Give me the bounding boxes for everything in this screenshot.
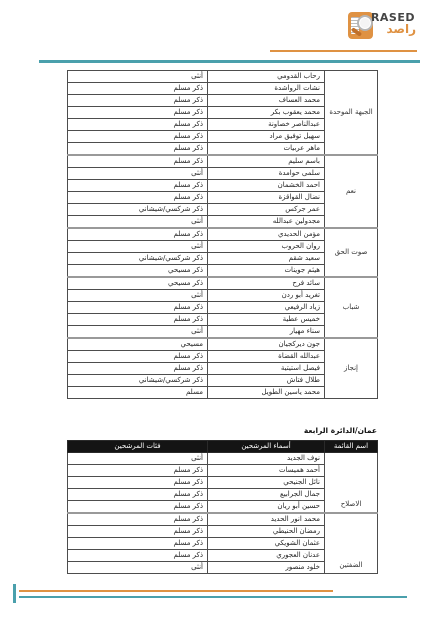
candidate-category-cell: ذكر مسلم xyxy=(68,155,208,168)
list-name-cell: نعم xyxy=(325,155,378,228)
header-teal-rule xyxy=(39,60,420,63)
header-list-name: اسم القائمة xyxy=(325,441,378,453)
candidate-category-cell: أنثى xyxy=(68,71,208,83)
list-name-cell: الجبهة الموحدة xyxy=(325,71,378,156)
candidate-name-cell: هيثم جوينات xyxy=(208,265,325,278)
candidate-category-cell: ذكر مسلم xyxy=(68,550,208,562)
candidate-name-cell: خميس عطية xyxy=(208,314,325,326)
candidate-name-cell: سائد فرح xyxy=(208,277,325,290)
candidate-name-cell: عدنان العجوري xyxy=(208,550,325,562)
candidate-category-cell: ذكر مسلم xyxy=(68,489,208,501)
candidate-category-cell: مسلم xyxy=(68,387,208,399)
list-name-cell: شباب xyxy=(325,277,378,338)
candidate-category-cell: ذكر مسلم xyxy=(68,180,208,192)
list-name-cell: الضفتين xyxy=(325,513,378,574)
candidate-category-cell: أنثى xyxy=(68,453,208,465)
candidate-row: الضفتينمحمد انور الحديدذكر مسلم xyxy=(68,513,378,526)
candidate-category-cell: ذكر مسلم xyxy=(68,95,208,107)
candidate-name-cell: زياد الرفيعي xyxy=(208,302,325,314)
candidate-name-cell: ماهر عربيات xyxy=(208,143,325,156)
candidate-row: الاصلاحنوف الجديدأنثى xyxy=(68,453,378,465)
list-name-cell: إنجاز xyxy=(325,338,378,399)
footer-teal-rule xyxy=(19,596,407,598)
candidate-name-cell: سناء مهيار xyxy=(208,326,325,339)
candidate-name-cell: محمد ياسين الطويل xyxy=(208,387,325,399)
candidate-name-cell: محمد انور الحديد xyxy=(208,513,325,526)
header-candidate-categories: فئات المرشحين xyxy=(68,441,208,453)
candidate-name-cell: سهيل توفيق مراد xyxy=(208,131,325,143)
rased-logo xyxy=(348,12,373,39)
candidate-category-cell: أنثى xyxy=(68,241,208,253)
candidate-name-cell: خلود منصور xyxy=(208,562,325,574)
candidate-category-cell: ذكر شركسي/شيشاني xyxy=(68,253,208,265)
candidate-category-cell: ذكر مسيحي xyxy=(68,277,208,290)
candidate-name-cell: عمر جركس xyxy=(208,204,325,216)
candidate-category-cell: ذكر مسلم xyxy=(68,119,208,131)
candidate-category-cell: ذكر مسلم xyxy=(68,228,208,241)
candidate-category-cell: ذكر مسلم xyxy=(68,83,208,95)
candidate-category-cell: أنثى xyxy=(68,216,208,229)
candidate-name-cell: عبدالله القضاة xyxy=(208,351,325,363)
candidate-name-cell: حسين أبو ريان xyxy=(208,501,325,514)
candidate-category-cell: ذكر مسلم xyxy=(68,143,208,156)
candidate-category-cell: ذكر شركسي/شيشاني xyxy=(68,204,208,216)
candidate-name-cell: أحمد هميسات xyxy=(208,465,325,477)
candidate-category-cell: ذكر شركسي/شيشاني xyxy=(68,375,208,387)
candidate-category-cell: ذكر مسلم xyxy=(68,538,208,550)
candidate-name-cell: نائل الجنيحي xyxy=(208,477,325,489)
candidate-name-cell: باسم سليم xyxy=(208,155,325,168)
candidate-category-cell: ذكر مسلم xyxy=(68,314,208,326)
candidate-category-cell: ذكر مسلم xyxy=(68,192,208,204)
candidate-category-cell: أنثى xyxy=(68,168,208,180)
candidate-category-cell: أنثى xyxy=(68,326,208,339)
candidate-row: إنجازجون ديركجيانمسيحي xyxy=(68,338,378,351)
candidate-name-cell: رمضان الحنيطي xyxy=(208,526,325,538)
candidate-category-cell: أنثى xyxy=(68,562,208,574)
candidate-name-cell: روان الحروب xyxy=(208,241,325,253)
candidate-name-cell: جمال الجرابيع xyxy=(208,489,325,501)
candidates-table-1: الجبهة الموحدةرحاب القدوميأنثىنشات الروا… xyxy=(67,70,378,399)
candidate-name-cell: سلمى حوامدة xyxy=(208,168,325,180)
footer-orange-rule xyxy=(19,590,333,592)
candidate-category-cell: ذكر مسلم xyxy=(68,465,208,477)
candidate-category-cell: ذكر مسلم xyxy=(68,513,208,526)
candidate-category-cell: ذكر مسلم xyxy=(68,131,208,143)
candidate-row: شبابسائد فرحذكر مسيحي xyxy=(68,277,378,290)
candidate-name-cell: محمد العساف xyxy=(208,95,325,107)
header-candidate-names: أسماء المرشحين xyxy=(208,441,325,453)
candidate-category-cell: ذكر مسيحي xyxy=(68,265,208,278)
candidate-name-cell: عثمان الشويكي xyxy=(208,538,325,550)
candidate-category-cell: ذكر مسلم xyxy=(68,501,208,514)
candidate-category-cell: ذكر مسلم xyxy=(68,526,208,538)
candidate-category-cell: ذكر مسلم xyxy=(68,363,208,375)
candidate-category-cell: ذكر مسلم xyxy=(68,302,208,314)
candidate-category-cell: أنثى xyxy=(68,290,208,302)
candidate-name-cell: احمد الخشمان xyxy=(208,180,325,192)
candidate-name-cell: محمد يعقوب بكر xyxy=(208,107,325,119)
candidate-name-cell: جون ديركجيان xyxy=(208,338,325,351)
candidate-name-cell: مؤمن الحديدي xyxy=(208,228,325,241)
candidate-name-cell: نضال القواقزة xyxy=(208,192,325,204)
candidate-name-cell: سعيد شقم xyxy=(208,253,325,265)
candidate-category-cell: ذكر مسلم xyxy=(68,351,208,363)
candidate-category-cell: مسيحي xyxy=(68,338,208,351)
header-orange-rule xyxy=(270,50,417,52)
list-name-cell: الاصلاح xyxy=(325,453,378,514)
district-title: عمان/الدائرة الرابعة xyxy=(304,426,377,435)
candidate-row: الجبهة الموحدةرحاب القدوميأنثى xyxy=(68,71,378,83)
candidate-name-cell: طلال فتاش xyxy=(208,375,325,387)
candidate-name-cell: رحاب القدومي xyxy=(208,71,325,83)
candidate-name-cell: نشات الرواشدة xyxy=(208,83,325,95)
candidate-name-cell: مجدولين عبدالله xyxy=(208,216,325,229)
candidate-row: صوت الحقمؤمن الحديديذكر مسلم xyxy=(68,228,378,241)
candidate-name-cell: عبدالناصر خصاونة xyxy=(208,119,325,131)
table-header-row: اسم القائمة أسماء المرشحين فئات المرشحين xyxy=(68,441,378,453)
candidates-table-2: اسم القائمة أسماء المرشحين فئات المرشحين… xyxy=(67,440,378,574)
candidate-name-cell: تغريد أبو ردن xyxy=(208,290,325,302)
brand-name-ar: راصد xyxy=(386,23,416,36)
candidate-category-cell: ذكر مسلم xyxy=(68,107,208,119)
list-name-cell: صوت الحق xyxy=(325,228,378,277)
candidate-category-cell: ذكر مسلم xyxy=(68,477,208,489)
candidate-name-cell: نوف الجديد xyxy=(208,453,325,465)
candidate-row: نعمباسم سليمذكر مسلم xyxy=(68,155,378,168)
footer-left-tick xyxy=(13,584,16,603)
candidate-name-cell: فيصل استيتية xyxy=(208,363,325,375)
report-page: RASED راصد الجبهة الموحدةرحاب القدوميأنث… xyxy=(0,0,440,623)
